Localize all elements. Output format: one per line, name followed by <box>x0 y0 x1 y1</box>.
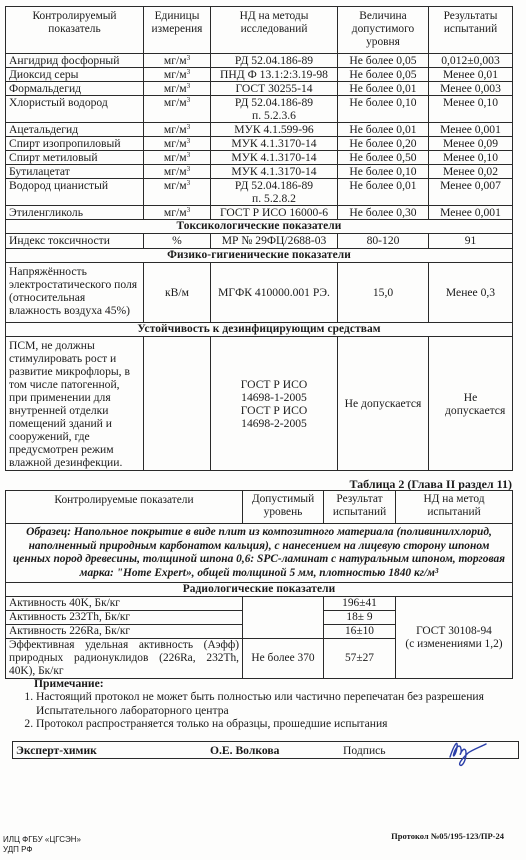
disinfect-method: ГОСТ Р ИСО 14698-1-2005 ГОСТ Р ИСО 14698… <box>211 337 338 471</box>
sample-description: Образец: Напольное покрытие в виде плит … <box>6 524 513 583</box>
row-result: Менее 0,09 <box>429 137 513 151</box>
table-row: Ангидрид фосфорныймг/м3РД 52.04.186-89Не… <box>6 54 513 68</box>
header-allowed: Допустимый уровень <box>243 491 324 524</box>
row-method: РД 52.04.186-89 <box>211 54 338 68</box>
section-radiological: Радиологические показатели <box>6 583 513 597</box>
radio-method: ГОСТ 30108-94 (с изменениями 1,2) <box>396 597 513 679</box>
header-unit: Единицы измерения <box>144 7 211 54</box>
footer-org-line2: УДП РФ <box>3 845 81 855</box>
toxic-method: МР № 29ФЦ/2688-03 <box>211 234 338 249</box>
table1-header: Контролируемый показатель Единицы измере… <box>6 7 513 54</box>
row-result: Менее 0,10 <box>429 96 513 123</box>
table-row: Диоксид серымг/м3ПНД Ф 13.1:2:3.19-98Не … <box>6 68 513 82</box>
header-limit: Величина допустимого уровня <box>338 7 429 54</box>
row-name: Спирт изопропиловый <box>6 137 144 151</box>
row-unit: мг/м3 <box>144 151 211 165</box>
table-row: Спирт метиловыймг/м3МУК 4.1.3170-14Не бо… <box>6 151 513 165</box>
table-row: Спирт изопропиловыймг/м3МУК 4.1.3170-14Н… <box>6 137 513 151</box>
row-method: РД 52.04.186-89п. 5.2.8.2 <box>211 179 338 206</box>
row-name: Диоксид серы <box>6 68 144 82</box>
row-limit: Не более 0,20 <box>338 137 429 151</box>
section-disinfection: Устойчивость к дезинфицирующим средствам <box>6 323 513 337</box>
radio-name: Эффективная удельная активность (Аэфф) п… <box>6 639 243 679</box>
footer-protocol-number: Протокол №05/195-123/ПР-24 <box>391 831 504 841</box>
table-row: ПСМ, не должны стимулировать рост и разв… <box>6 337 513 471</box>
row-limit: Не более 0,01 <box>338 123 429 137</box>
phys-result: Менее 0,3 <box>429 263 513 323</box>
signer-name: О.Е. Волкова <box>210 744 279 757</box>
table-row: Напряжённость электростатического поля (… <box>6 263 513 323</box>
row-name: Ацетальдегид <box>6 123 144 137</box>
header-test-result: Результат испытаний <box>324 491 396 524</box>
table-row: Активность 40K, Бк/кг 196±41 ГОСТ 30108-… <box>6 597 513 611</box>
table-row: Хлористый водородмг/м3РД 52.04.186-89п. … <box>6 96 513 123</box>
header-result: Результаты испытаний <box>429 7 513 54</box>
row-method: МУК 4.1.3170-14 <box>211 165 338 179</box>
row-unit: мг/м3 <box>144 82 211 96</box>
radio-name: Активность 232Th, Бк/кг <box>6 611 243 625</box>
note-item: Протокол распространяется только на обра… <box>36 717 514 730</box>
row-limit: Не более 0,10 <box>338 165 429 179</box>
row-limit: Не более 0,05 <box>338 54 429 68</box>
row-result: Менее 0,001 <box>429 123 513 137</box>
row-method: ПНД Ф 13.1:2:3.19-98 <box>211 68 338 82</box>
disinfect-limit: Не допускается <box>338 337 429 471</box>
radio-limit: Не более 370 <box>243 639 324 679</box>
row-method: ГОСТ Р ИСО 16000-6 <box>211 206 338 220</box>
row-name: Этиленгликоль <box>6 206 144 220</box>
notes: Примечание: Настоящий протокол не может … <box>14 677 514 731</box>
row-unit: мг/м3 <box>144 165 211 179</box>
row-unit: мг/м3 <box>144 179 211 206</box>
row-result: Менее 0,007 <box>429 179 513 206</box>
table-row: Бутилацетатмг/м3МУК 4.1.3170-14Не более … <box>6 165 513 179</box>
row-result: Менее 0,10 <box>429 151 513 165</box>
radio-result: 18± 9 <box>324 611 396 625</box>
header-test-method: НД на метод испытаний <box>396 491 513 524</box>
row-limit: Не более 0,50 <box>338 151 429 165</box>
row-limit: Не более 0,10 <box>338 96 429 123</box>
toxic-limit: 80-120 <box>338 234 429 249</box>
signature-label: Подпись <box>343 744 386 757</box>
radio-result: 16±10 <box>324 625 396 639</box>
header-indicator: Контролируемый показатель <box>6 7 144 54</box>
radio-result: 57±27 <box>324 639 396 679</box>
radio-limit-empty <box>243 597 324 639</box>
row-result: Менее 0,003 <box>429 82 513 96</box>
phys-unit: кВ/м <box>144 263 211 323</box>
toxic-name: Индекс токсичности <box>6 234 144 249</box>
radio-name: Активность 40K, Бк/кг <box>6 597 243 611</box>
row-method: РД 52.04.186-89п. 5.2.3.6 <box>211 96 338 123</box>
row-unit: мг/м3 <box>144 123 211 137</box>
header-method: НД на методы исследований <box>211 7 338 54</box>
handwritten-signature-icon <box>440 735 500 769</box>
table-row: Ацетальдегидмг/м3МУК 4.1.599-96Не более … <box>6 123 513 137</box>
phys-name: Напряжённость электростатического поля (… <box>6 263 144 323</box>
row-limit: Не более 0,05 <box>338 68 429 82</box>
results-table-1: Контролируемый показатель Единицы измере… <box>5 6 513 471</box>
row-limit: Не более 0,01 <box>338 179 429 206</box>
radio-method-line2: (с изменениями 1,2) <box>399 638 509 651</box>
row-unit: мг/м3 <box>144 54 211 68</box>
row-method: ГОСТ 30255-14 <box>211 82 338 96</box>
phys-limit: 15,0 <box>338 263 429 323</box>
disinfect-unit <box>144 337 211 471</box>
row-limit: Не более 0,30 <box>338 206 429 220</box>
note-item: Настоящий протокол не может быть полност… <box>36 690 514 717</box>
row-result: Менее 0,02 <box>429 165 513 179</box>
radio-name: Активность 226Ra, Бк/кг <box>6 625 243 639</box>
disinfect-method-text: ГОСТ Р ИСО 14698-1-2005 ГОСТ Р ИСО 14698… <box>241 378 307 430</box>
row-unit: мг/м3 <box>144 96 211 123</box>
row-result: Менее 0,001 <box>429 206 513 220</box>
footer-org-line1: ИЛЦ ФГБУ «ЦГСЭН» <box>3 835 81 845</box>
radio-method-line1: ГОСТ 30108-94 <box>399 625 509 638</box>
row-name: Бутилацетат <box>6 165 144 179</box>
table-row: Индекс токсичности % МР № 29ФЦ/2688-03 8… <box>6 234 513 249</box>
toxic-unit: % <box>144 234 211 249</box>
row-unit: мг/м3 <box>144 137 211 151</box>
signer-role: Эксперт-химик <box>16 744 97 757</box>
disinfect-result: Не допускается <box>429 337 513 471</box>
row-result: 0,012±0,003 <box>429 54 513 68</box>
row-name: Спирт метиловый <box>6 151 144 165</box>
table-row: Этиленгликольмг/м3ГОСТ Р ИСО 16000-6Не б… <box>6 206 513 220</box>
footer-organization: ИЛЦ ФГБУ «ЦГСЭН» УДП РФ <box>3 835 81 855</box>
notes-title: Примечание: <box>34 677 514 690</box>
row-result: Менее 0,01 <box>429 68 513 82</box>
table-row: Формальдегидмг/м3ГОСТ 30255-14Не более 0… <box>6 82 513 96</box>
row-name: Формальдегид <box>6 82 144 96</box>
row-method: МУК 4.1.3170-14 <box>211 151 338 165</box>
header-indicators: Контролируемые показатели <box>6 491 243 524</box>
row-method: МУК 4.1.599-96 <box>211 123 338 137</box>
row-unit: мг/м3 <box>144 68 211 82</box>
row-name: Ангидрид фосфорный <box>6 54 144 68</box>
table-row: Водород цианистыймг/м3РД 52.04.186-89п. … <box>6 179 513 206</box>
table2-header: Контролируемые показатели Допустимый уро… <box>6 491 513 524</box>
row-method: МУК 4.1.3170-14 <box>211 137 338 151</box>
row-unit: мг/м3 <box>144 206 211 220</box>
results-table-2: Контролируемые показатели Допустимый уро… <box>5 490 513 679</box>
row-limit: Не более 0,01 <box>338 82 429 96</box>
toxic-result: 91 <box>429 234 513 249</box>
phys-method: МГФК 410000.001 РЭ. <box>211 263 338 323</box>
radio-result: 196±41 <box>324 597 396 611</box>
section-physical: Физико-гигиенические показатели <box>6 249 513 263</box>
section-toxicological: Токсикологические показатели <box>6 220 513 234</box>
disinfect-name: ПСМ, не должны стимулировать рост и разв… <box>6 337 144 471</box>
row-name: Хлористый водород <box>6 96 144 123</box>
disinfect-result-text: Не допускается <box>445 391 505 417</box>
row-name: Водород цианистый <box>6 179 144 206</box>
